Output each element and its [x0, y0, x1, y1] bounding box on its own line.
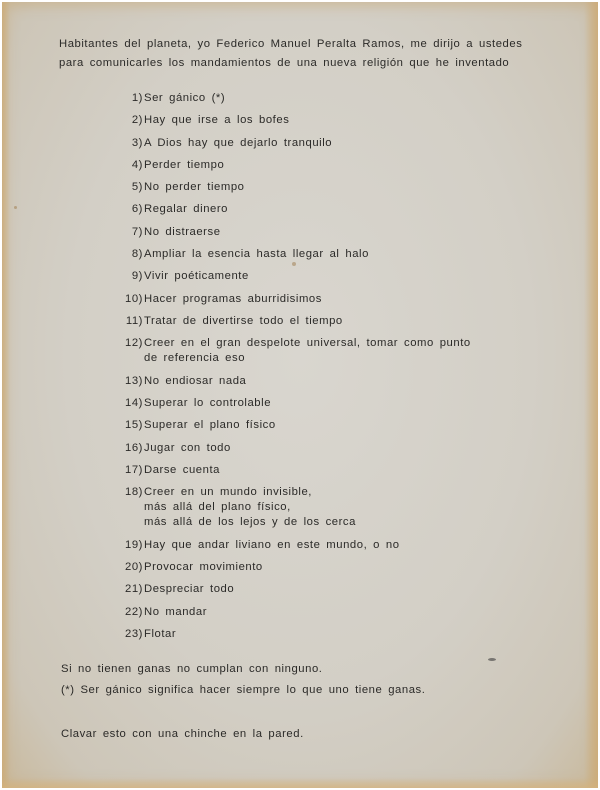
paper-stain-right — [584, 2, 598, 788]
commandment-text: Jugar con todo — [144, 441, 231, 456]
commandment-item: 5)No perder tiempo — [100, 180, 471, 195]
commandment-number: 15) — [100, 418, 143, 433]
commandment-item: 12)Creer en el gran despelote universal,… — [100, 336, 471, 366]
commandment-text: Perder tiempo — [144, 158, 224, 173]
commandment-number: 22) — [100, 605, 143, 620]
paper-spot — [488, 658, 496, 661]
commandment-line: Superar lo controlable — [144, 396, 271, 411]
commandment-item: 11)Tratar de divertirse todo el tiempo — [100, 314, 471, 329]
instruction-text: Clavar esto con una chinche en la pared. — [61, 728, 304, 740]
commandment-line: Vivir poéticamente — [144, 269, 249, 284]
commandment-line: No distraerse — [144, 225, 221, 240]
commandment-line: A Dios hay que dejarlo tranquilo — [144, 136, 332, 151]
commandment-text: Creer en un mundo invisible,más allá del… — [144, 485, 356, 530]
commandments-list: 1)Ser gánico (*)2)Hay que irse a los bof… — [100, 91, 471, 642]
commandment-text: Darse cuenta — [144, 463, 220, 478]
commandment-item: 14)Superar lo controlable — [100, 396, 471, 411]
commandment-number: 5) — [100, 180, 143, 195]
commandment-line: Ser gánico (*) — [144, 91, 225, 106]
commandment-line: Hay que andar liviano en este mundo, o n… — [144, 538, 400, 553]
commandment-item: 10)Hacer programas aburridisimos — [100, 292, 471, 307]
commandment-text: Hay que andar liviano en este mundo, o n… — [144, 538, 400, 553]
commandment-text: No endiosar nada — [144, 374, 246, 389]
commandment-number: 13) — [100, 374, 143, 389]
commandment-number: 1) — [100, 91, 143, 106]
commandment-line: Tratar de divertirse todo el tiempo — [144, 314, 343, 329]
commandment-item: 18)Creer en un mundo invisible,más allá … — [100, 485, 471, 530]
commandment-number: 8) — [100, 247, 143, 262]
commandment-number: 4) — [100, 158, 143, 173]
commandment-item: 16)Jugar con todo — [100, 441, 471, 456]
commandment-line: Darse cuenta — [144, 463, 220, 478]
commandment-text: No distraerse — [144, 225, 221, 240]
commandment-number: 19) — [100, 538, 143, 553]
commandment-line: No perder tiempo — [144, 180, 244, 195]
commandment-item: 13)No endiosar nada — [100, 374, 471, 389]
commandment-text: No mandar — [144, 605, 207, 620]
commandment-number: 11) — [100, 314, 143, 329]
commandment-line: Jugar con todo — [144, 441, 231, 456]
commandment-number: 12) — [100, 336, 143, 351]
paper-spot — [14, 206, 17, 209]
commandment-text: Superar el plano físico — [144, 418, 276, 433]
commandment-item: 3)A Dios hay que dejarlo tranquilo — [100, 136, 471, 151]
commandment-item: 21)Despreciar todo — [100, 582, 471, 597]
paper-stain-left — [2, 2, 10, 788]
commandment-text: No perder tiempo — [144, 180, 244, 195]
commandment-text: Vivir poéticamente — [144, 269, 249, 284]
commandment-line: de referencia eso — [144, 351, 471, 366]
commandment-item: 8)Ampliar la esencia hasta llegar al hal… — [100, 247, 471, 262]
intro-paragraph: Habitantes del planeta, yo Federico Manu… — [59, 35, 522, 73]
commandment-text: Regalar dinero — [144, 202, 228, 217]
commandment-line: Perder tiempo — [144, 158, 224, 173]
commandment-text: Provocar movimiento — [144, 560, 263, 575]
commandment-text: Creer en el gran despelote universal, to… — [144, 336, 471, 366]
commandment-line: más allá del plano físico, — [144, 500, 356, 515]
commandment-line: No mandar — [144, 605, 207, 620]
footnote-text: (*) Ser gánico significa hacer siempre l… — [61, 684, 425, 696]
commandment-number: 7) — [100, 225, 143, 240]
commandment-line: Superar el plano físico — [144, 418, 276, 433]
commandment-line: Flotar — [144, 627, 176, 642]
commandment-item: 19)Hay que andar liviano en este mundo, … — [100, 538, 471, 553]
commandment-item: 22)No mandar — [100, 605, 471, 620]
commandment-number: 2) — [100, 113, 143, 128]
commandment-item: 9)Vivir poéticamente — [100, 269, 471, 284]
commandment-line: Creer en un mundo invisible, — [144, 485, 356, 500]
commandment-text: Flotar — [144, 627, 176, 642]
commandment-text: Tratar de divertirse todo el tiempo — [144, 314, 343, 329]
paper-stain-bottom — [2, 778, 598, 788]
commandment-text: Hacer programas aburridisimos — [144, 292, 322, 307]
closing-text: Si no tienen ganas no cumplan con ningun… — [61, 663, 322, 675]
commandment-text: Ser gánico (*) — [144, 91, 225, 106]
commandment-text: Hay que irse a los bofes — [144, 113, 289, 128]
commandment-item: 4)Perder tiempo — [100, 158, 471, 173]
commandment-item: 23)Flotar — [100, 627, 471, 642]
commandment-line: Despreciar todo — [144, 582, 234, 597]
commandment-item: 6)Regalar dinero — [100, 202, 471, 217]
commandment-number: 10) — [100, 292, 143, 307]
commandment-line: Hacer programas aburridisimos — [144, 292, 322, 307]
commandment-text: A Dios hay que dejarlo tranquilo — [144, 136, 332, 151]
commandment-line: Regalar dinero — [144, 202, 228, 217]
commandment-line: Provocar movimiento — [144, 560, 263, 575]
commandment-item: 1)Ser gánico (*) — [100, 91, 471, 106]
commandment-number: 14) — [100, 396, 143, 411]
commandment-number: 3) — [100, 136, 143, 151]
commandment-number: 20) — [100, 560, 143, 575]
commandment-text: Ampliar la esencia hasta llegar al halo — [144, 247, 369, 262]
commandment-number: 18) — [100, 485, 143, 500]
commandment-text: Superar lo controlable — [144, 396, 271, 411]
commandment-line: Ampliar la esencia hasta llegar al halo — [144, 247, 369, 262]
commandment-number: 23) — [100, 627, 143, 642]
commandment-item: 7)No distraerse — [100, 225, 471, 240]
commandment-number: 9) — [100, 269, 143, 284]
commandment-number: 21) — [100, 582, 143, 597]
commandment-line: Creer en el gran despelote universal, to… — [144, 336, 471, 351]
commandment-item: 17)Darse cuenta — [100, 463, 471, 478]
commandment-item: 2)Hay que irse a los bofes — [100, 113, 471, 128]
commandment-line: Hay que irse a los bofes — [144, 113, 289, 128]
commandment-number: 16) — [100, 441, 143, 456]
commandment-line: No endiosar nada — [144, 374, 246, 389]
intro-line: para comunicarles los mandamientos de un… — [59, 54, 522, 73]
intro-line: Habitantes del planeta, yo Federico Manu… — [59, 35, 522, 54]
commandment-text: Despreciar todo — [144, 582, 234, 597]
commandment-number: 17) — [100, 463, 143, 478]
commandment-line: más allá de los lejos y de los cerca — [144, 515, 356, 530]
commandment-number: 6) — [100, 202, 143, 217]
commandment-item: 20)Provocar movimiento — [100, 560, 471, 575]
commandment-item: 15)Superar el plano físico — [100, 418, 471, 433]
